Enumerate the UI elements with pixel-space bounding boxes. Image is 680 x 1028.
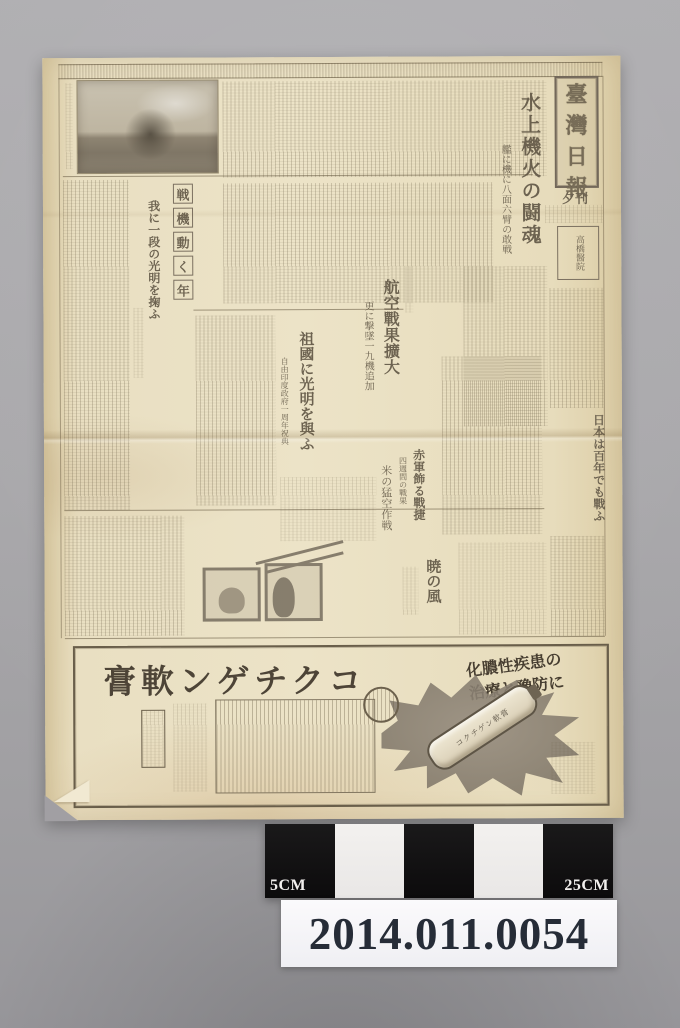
column-rule: [58, 78, 61, 638]
feature-subheadline: 我に一段の光明を掬ふ: [147, 200, 161, 410]
clinic-ad-box: 高橋醫院: [557, 226, 599, 280]
ad-side-label-text: [142, 711, 164, 767]
page-header-strip: [58, 62, 602, 79]
body-text-columns: [64, 516, 185, 637]
feature-char: 戦: [173, 184, 193, 204]
body-text-columns: [549, 288, 604, 408]
fold-crease: [44, 428, 622, 445]
story-illustration: [194, 549, 352, 632]
ad-headline-rtl: 膏軟ンゲチクコ: [103, 655, 367, 703]
ad-company-text: [173, 704, 207, 792]
masthead-char: 灣: [566, 109, 588, 140]
serial-credits: [403, 567, 419, 615]
headline-air-sub: 更に撃墜一九機追加: [361, 301, 372, 421]
accession-number: 2014.011.0054: [309, 908, 590, 960]
masthead: 臺 灣 日 報: [554, 76, 598, 188]
news-photograph: [76, 79, 218, 174]
scale-square-black: [404, 824, 474, 898]
body-text-columns: [222, 80, 546, 177]
clinic-ad-text: 高橋醫院: [573, 235, 583, 271]
headline-red-army: 赤軍飾る戰捷: [412, 449, 425, 533]
feature-char: く: [173, 256, 193, 276]
scale-square-black: 25CM: [543, 824, 613, 898]
serial-title: 暁の風: [425, 559, 441, 623]
masthead-char: 臺: [565, 78, 587, 109]
body-text-columns: [195, 315, 276, 505]
accession-label: 2014.011.0054: [281, 900, 617, 967]
scale-square-white: [335, 824, 405, 898]
ad-description-text: [551, 742, 595, 794]
headline-us-ops: 米の猛空作戦: [380, 465, 392, 545]
ad-side-label: [141, 710, 165, 768]
feature-byline: [133, 308, 143, 378]
headline-homeland: 祖國に光明を與ふ: [298, 331, 314, 471]
photo-caption: [65, 83, 72, 169]
body-text-columns: [458, 542, 546, 634]
headline-homeland-sub: 自由印度政府一周年祝典: [280, 357, 289, 477]
feature-char: 年: [173, 280, 193, 300]
scale-square-black: 5CM: [265, 824, 335, 898]
feature-char: 動: [173, 232, 193, 252]
page-corner-cut: [45, 795, 79, 821]
headline-red-army-sub: 四週間の戰果: [398, 457, 407, 523]
scale-square-white: [474, 824, 544, 898]
illustration-figure: [219, 587, 245, 613]
body-text-columns: [223, 182, 494, 303]
scale-right-label: 25CM: [564, 877, 609, 895]
newspaper-sheet: 臺 灣 日 報 夕刊 高橋醫院 水上機火の闘魂 艦に機に八面六臂の敢戦 戦 機 …: [42, 56, 623, 821]
illustration-figure: [273, 577, 295, 617]
section-rule: [65, 636, 605, 639]
photographic-scale-bar: 5CM 25CM: [265, 824, 613, 898]
ad-price-box: [215, 699, 375, 794]
feature-headline: 戦 機 動 く 年: [173, 184, 194, 304]
scale-left-label: 5CM: [270, 877, 306, 895]
body-text-columns: [63, 180, 130, 510]
body-text-columns: [550, 536, 604, 636]
advertisement: 膏軟ンゲチクコ 化膿性疾患の 治療と豫防に コクチゲン軟膏: [73, 644, 610, 808]
masthead-char: 日: [566, 140, 588, 171]
photo-backdrop: 臺 灣 日 報 夕刊 高橋醫院 水上機火の闘魂 艦に機に八面六臂の敢戦 戦 機 …: [0, 0, 680, 1028]
